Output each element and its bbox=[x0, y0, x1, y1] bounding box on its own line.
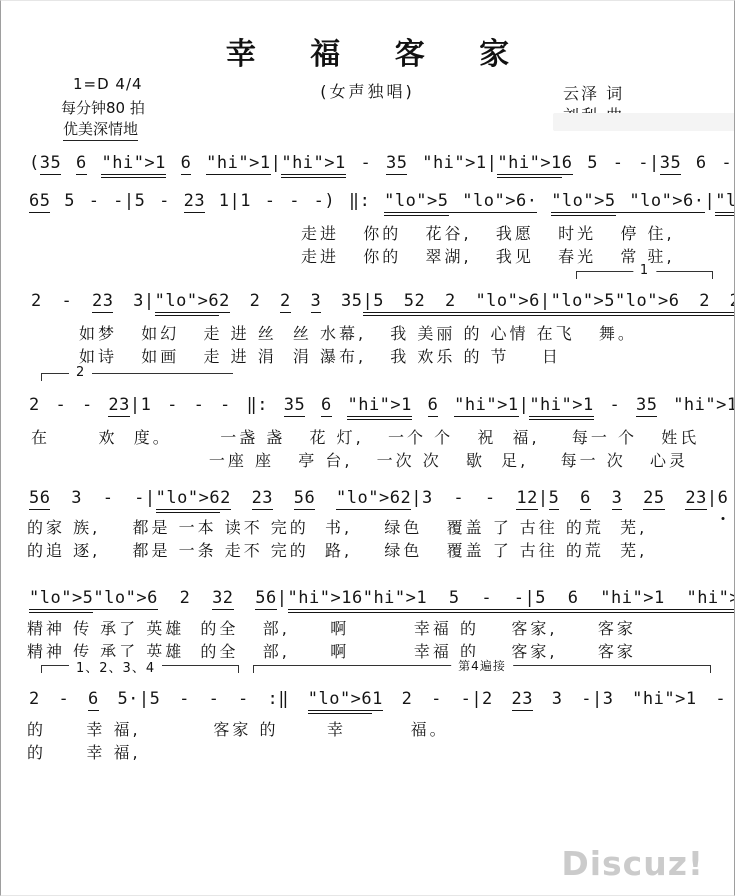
lyric-line: 在 欢 度。 一盏 盏 花 灯, 一个 个 祝 福, 每一 个 姓氏 bbox=[31, 425, 699, 448]
lyric-line: 的 幸 福, bbox=[27, 740, 141, 763]
lyric-line: 如诗 如画 走 进 涓 涓 瀑布, 我 欢乐 的 节 日 bbox=[79, 344, 561, 367]
tempo-marking: 每分钟80 拍 bbox=[61, 97, 145, 118]
notation-line-1: (35 6 "hi">1 6 "hi">1|"hi">1 - 35 "hi">1… bbox=[29, 151, 735, 177]
first-ending-label: 1 bbox=[633, 263, 656, 278]
lyric-line: 走进 你的 花谷, 我愿 时光 停 住, bbox=[301, 221, 675, 244]
lyric-line: 如梦 如幻 走 进 丝 丝 水幕, 我 美丽 的 心情 在飞 舞。 bbox=[79, 321, 637, 344]
lyric-line: 走进 你的 翠湖, 我见 春光 常 驻, bbox=[301, 244, 675, 267]
page-title: 幸 福 客 家 bbox=[1, 29, 734, 73]
endings-1-4-bracket: 1、2、3、4 bbox=[41, 665, 239, 674]
notation-line-2: 65 5 - -|5 - 23 1|1 - - -) ‖: "lo">5 "lo… bbox=[29, 189, 735, 215]
lyric-line: 的追 逐, 都是 一条 走不 完的 路, 绿色 覆盖 了 古往 的荒 芜, bbox=[27, 538, 647, 561]
second-ending-bracket: 2 bbox=[41, 373, 233, 382]
lyric-line: 的 幸 福, 客家 的 幸 福。 bbox=[27, 717, 449, 740]
endings-1-4-label: 1、2、3、4 bbox=[69, 657, 162, 676]
lyricist-credit: 云泽 词 bbox=[563, 81, 624, 104]
notation-line-4: 2 - - 23|1 - - - ‖: 35 6 "hi">1 6 "hi">1… bbox=[29, 393, 735, 419]
lyric-line: 精神 传 承了 英雄 的全 部, 啊 幸福 的 客家, 客家 bbox=[27, 616, 636, 639]
notation-line-5: 56 3 - -|"lo">62 23 56 "lo">62|3 - - 12|… bbox=[29, 486, 735, 512]
watermark-smudge bbox=[553, 113, 735, 131]
first-ending-bracket: 1 bbox=[576, 271, 713, 280]
notation-line-7: 2 - 6 5·|5 - - - :‖ "lo">61 2 - -|2 23 3… bbox=[29, 687, 735, 713]
expression-marking: 优美深情地 bbox=[63, 118, 138, 141]
notation-line-3: 2 - 23 3|"lo">62 2 2 3 35|5 52 2 "lo">6|… bbox=[31, 289, 735, 315]
sheet-music-page: 幸 福 客 家 (女声独唱) 1=D 4/4 每分钟80 拍 优美深情地 云泽 … bbox=[0, 0, 735, 896]
fourth-pass-label: 第4遍接 bbox=[451, 657, 513, 674]
lyric-line: 一座 座 亭 台, 一次 次 歇 足, 每一 次 心灵 bbox=[31, 448, 688, 471]
notation-line-6: "lo">5"lo">6 2 32 56|"hi">16"hi">1 5 - -… bbox=[29, 586, 735, 612]
second-ending-label: 2 bbox=[69, 365, 92, 380]
lyric-line: 的家 族, 都是 一本 读不 完的 书, 绿色 覆盖 了 古往 的荒 芜, bbox=[27, 515, 647, 538]
fourth-pass-bracket: 第4遍接 bbox=[253, 665, 711, 674]
watermark-discuz: Discuz! bbox=[561, 844, 704, 883]
key-signature: 1=D 4/4 bbox=[73, 75, 143, 93]
